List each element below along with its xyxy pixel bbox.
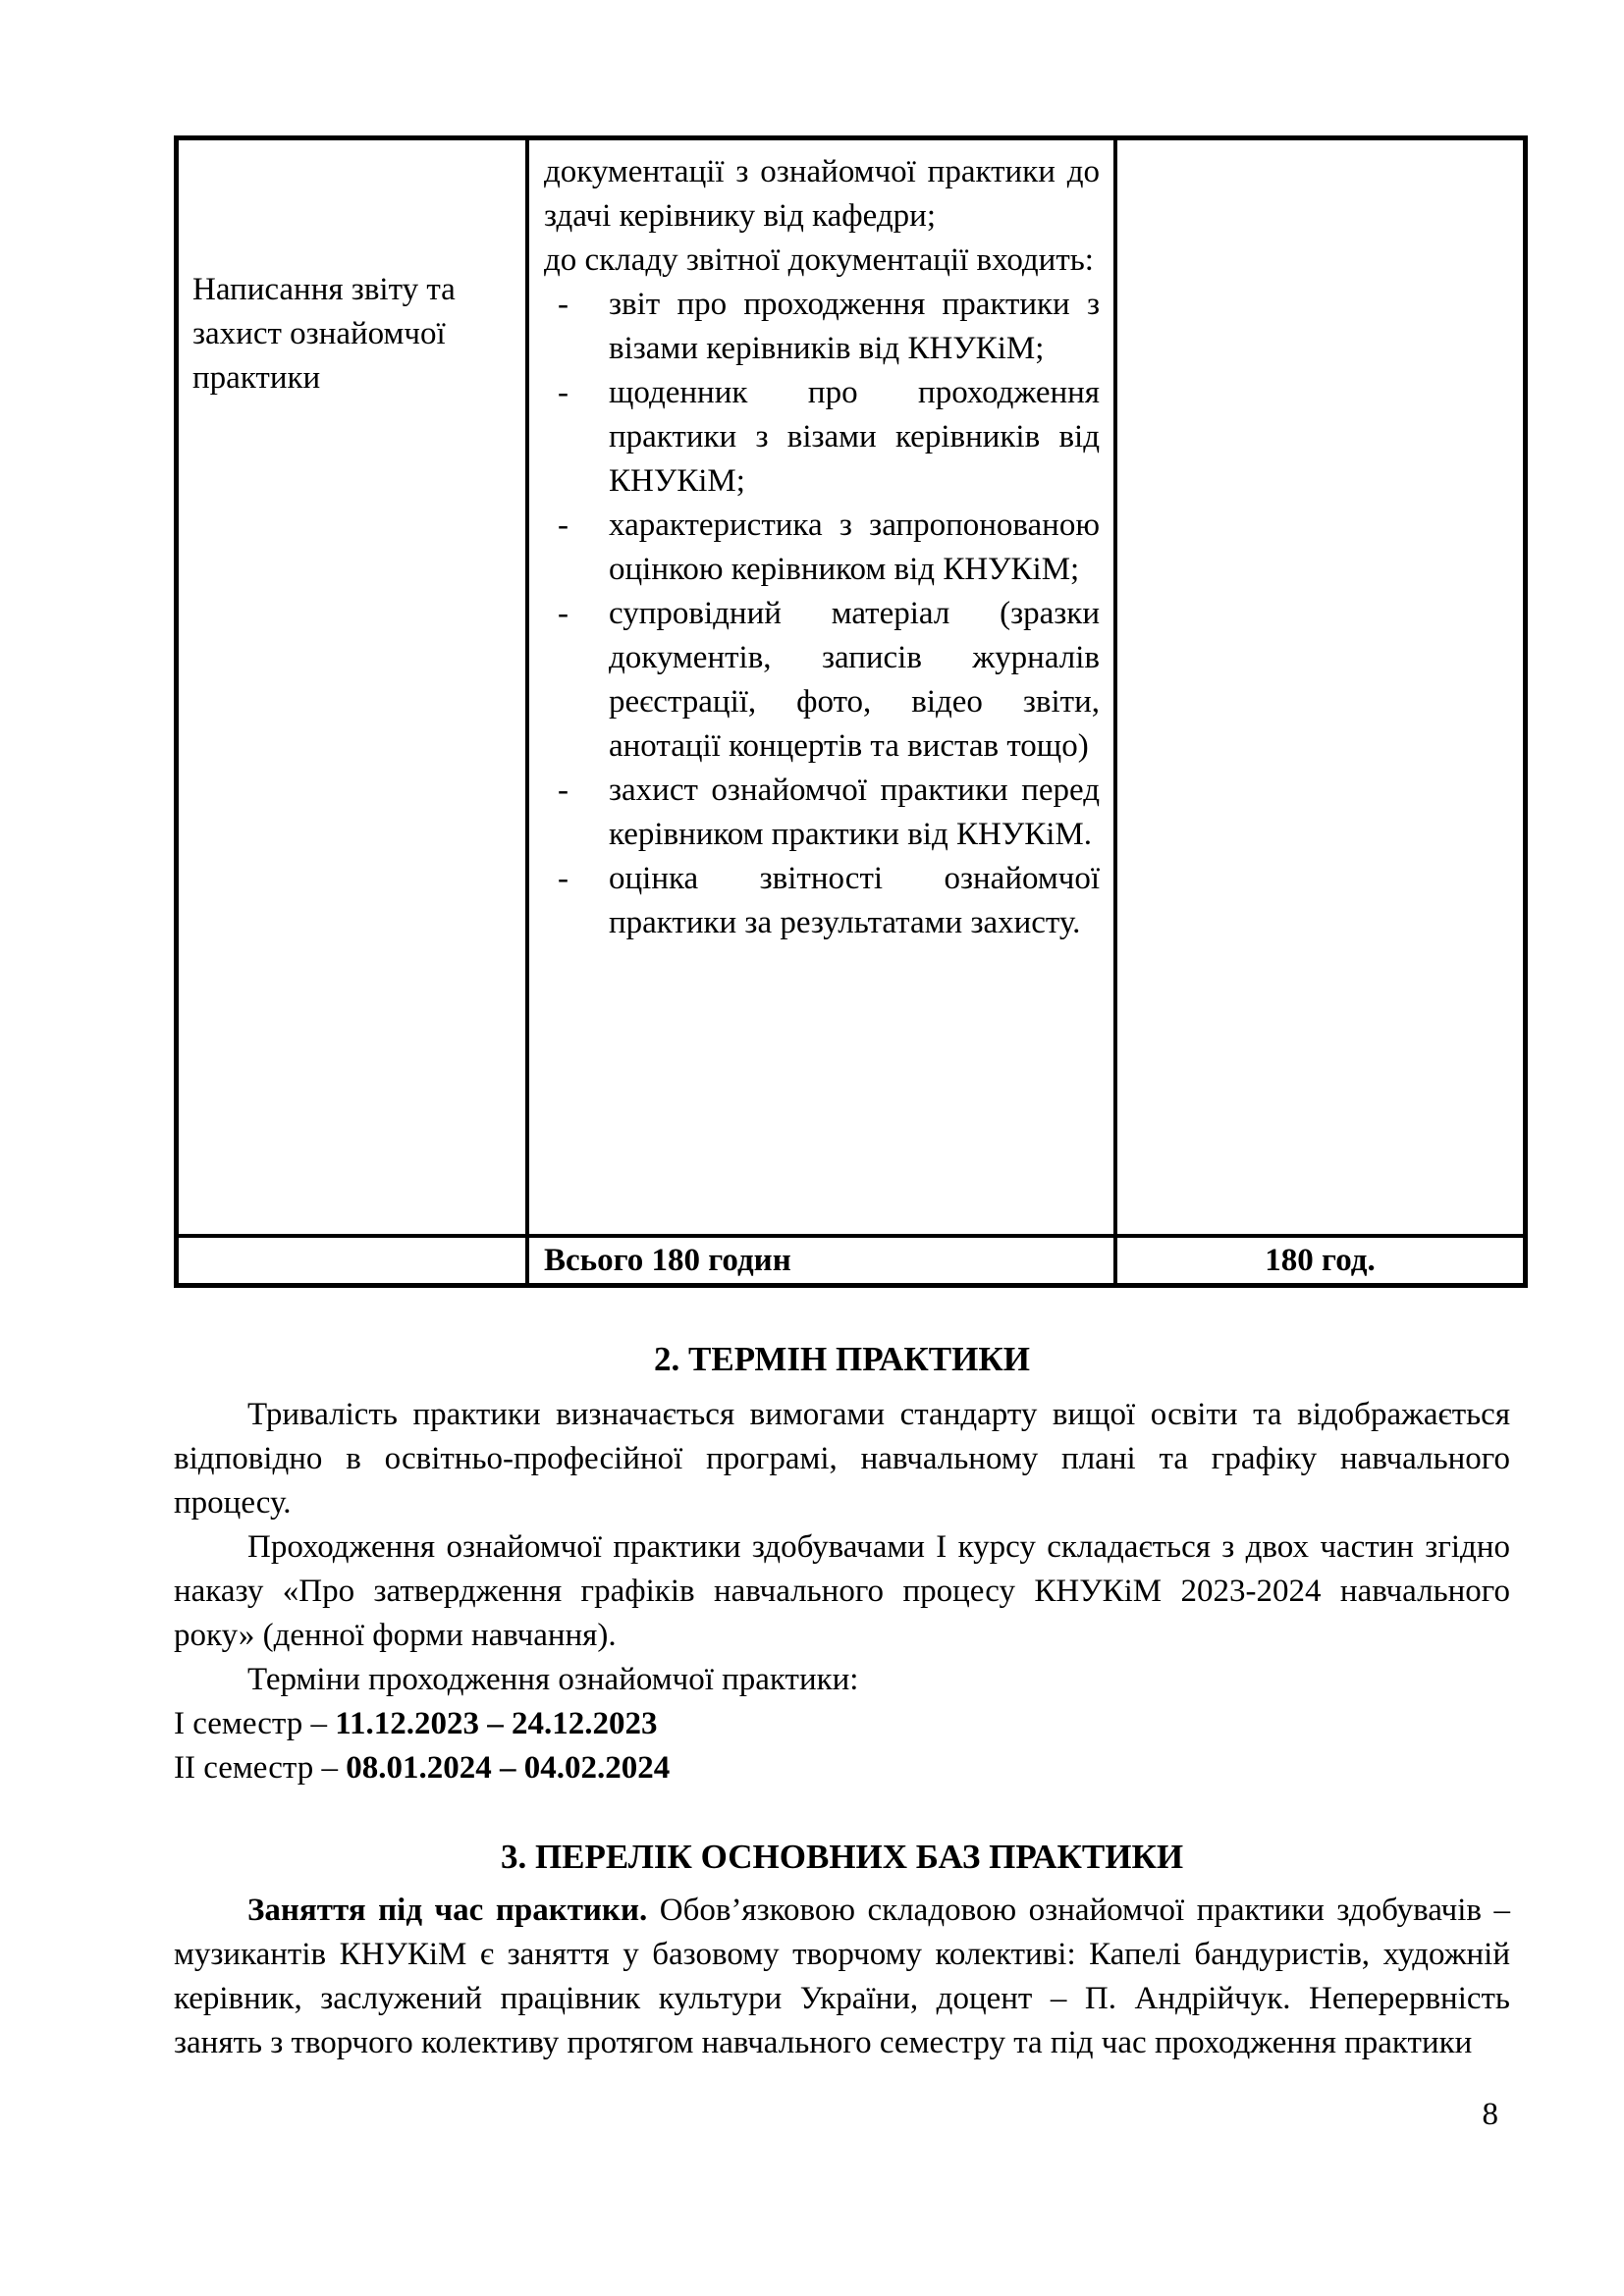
list-item: -супровідний матеріал (зразки документів… (544, 592, 1100, 769)
cell-report-content: документації з ознайомчої практики до зд… (527, 138, 1115, 1237)
page-number: 8 (174, 2093, 1510, 2137)
document-page: Написання звіту та захист ознайомчої пра… (0, 0, 1624, 2296)
semester1-dates: 11.12.2023 – 24.12.2023 (335, 1706, 657, 1741)
list-item-text: оцінка звітності ознайомчої практики за … (609, 861, 1100, 940)
cell-activity: Написання звіту та захист ознайомчої пра… (177, 138, 528, 1237)
dash-marker: - (558, 769, 568, 813)
list-item-text: звіт про проходження практики з візами к… (609, 287, 1100, 366)
table-row-report: Написання звіту та захист ознайомчої пра… (177, 138, 1526, 1237)
list-item: -звіт про проходження практики з візами … (544, 283, 1100, 371)
paragraph-duration: Тривалість практики визначається вимогам… (174, 1393, 1510, 1525)
report-intro-line: до складу звітної документації входить: (544, 239, 1100, 283)
dash-marker: - (558, 592, 568, 636)
dash-marker: - (558, 283, 568, 327)
list-item-text: захист ознайомчої практики перед керівни… (609, 773, 1100, 852)
dash-marker: - (558, 371, 568, 415)
paragraph-two-parts: Проходження ознайомчої практики здобувач… (174, 1525, 1510, 1658)
section-heading-term: 2. ТЕРМІН ПРАКТИКИ (174, 1337, 1510, 1381)
semester2-dates: 08.01.2024 – 04.02.2024 (346, 1750, 670, 1786)
list-item-text: характеристика з запропонованою оцінкою … (609, 507, 1100, 587)
list-item: -характеристика з запропонованою оцінкою… (544, 504, 1100, 592)
list-item-text: супровідний матеріал (зразки документів,… (609, 596, 1100, 764)
activity-label: Написання звіту та захист ознайомчої пра… (179, 140, 525, 400)
report-intro-line: документації з ознайомчої практики до зд… (544, 150, 1100, 239)
semester1-prefix: І семестр – (174, 1706, 335, 1741)
cell-hours-empty (1115, 138, 1526, 1237)
dash-marker: - (558, 857, 568, 901)
list-item: -оцінка звітності ознайомчої практики за… (544, 857, 1100, 945)
semester1-line: І семестр – 11.12.2023 – 24.12.2023 (174, 1702, 1510, 1746)
total-hours-label: Всього 180 годин (527, 1236, 1115, 1286)
report-content: документації з ознайомчої практики до зд… (529, 140, 1113, 945)
semester2-line: ІІ семестр – 08.01.2024 – 04.02.2024 (174, 1746, 1510, 1790)
paragraph-lessons-lead: Заняття під час практики. (247, 1893, 647, 1928)
practice-report-table: Написання звіту та захист ознайомчої пра… (174, 135, 1528, 1288)
list-item: -щоденник про проходження практики з віз… (544, 371, 1100, 504)
terms-label: Терміни проходження ознайомчої практики: (174, 1658, 1510, 1702)
section-heading-bases: 3. ПЕРЕЛІК ОСНОВНИХ БАЗ ПРАКТИКИ (174, 1835, 1510, 1879)
semester2-prefix: ІІ семестр – (174, 1750, 346, 1786)
total-hours-value: 180 год. (1115, 1236, 1526, 1286)
list-item-text: щоденник про проходження практики з віза… (609, 375, 1100, 499)
dash-marker: - (558, 504, 568, 548)
paragraph-lessons: Заняття під час практики. Обов’язковою с… (174, 1889, 1510, 2065)
cell-total-empty (177, 1236, 528, 1286)
table-row-total: Всього 180 годин 180 год. (177, 1236, 1526, 1286)
list-item: -захист ознайомчої практики перед керівн… (544, 769, 1100, 857)
